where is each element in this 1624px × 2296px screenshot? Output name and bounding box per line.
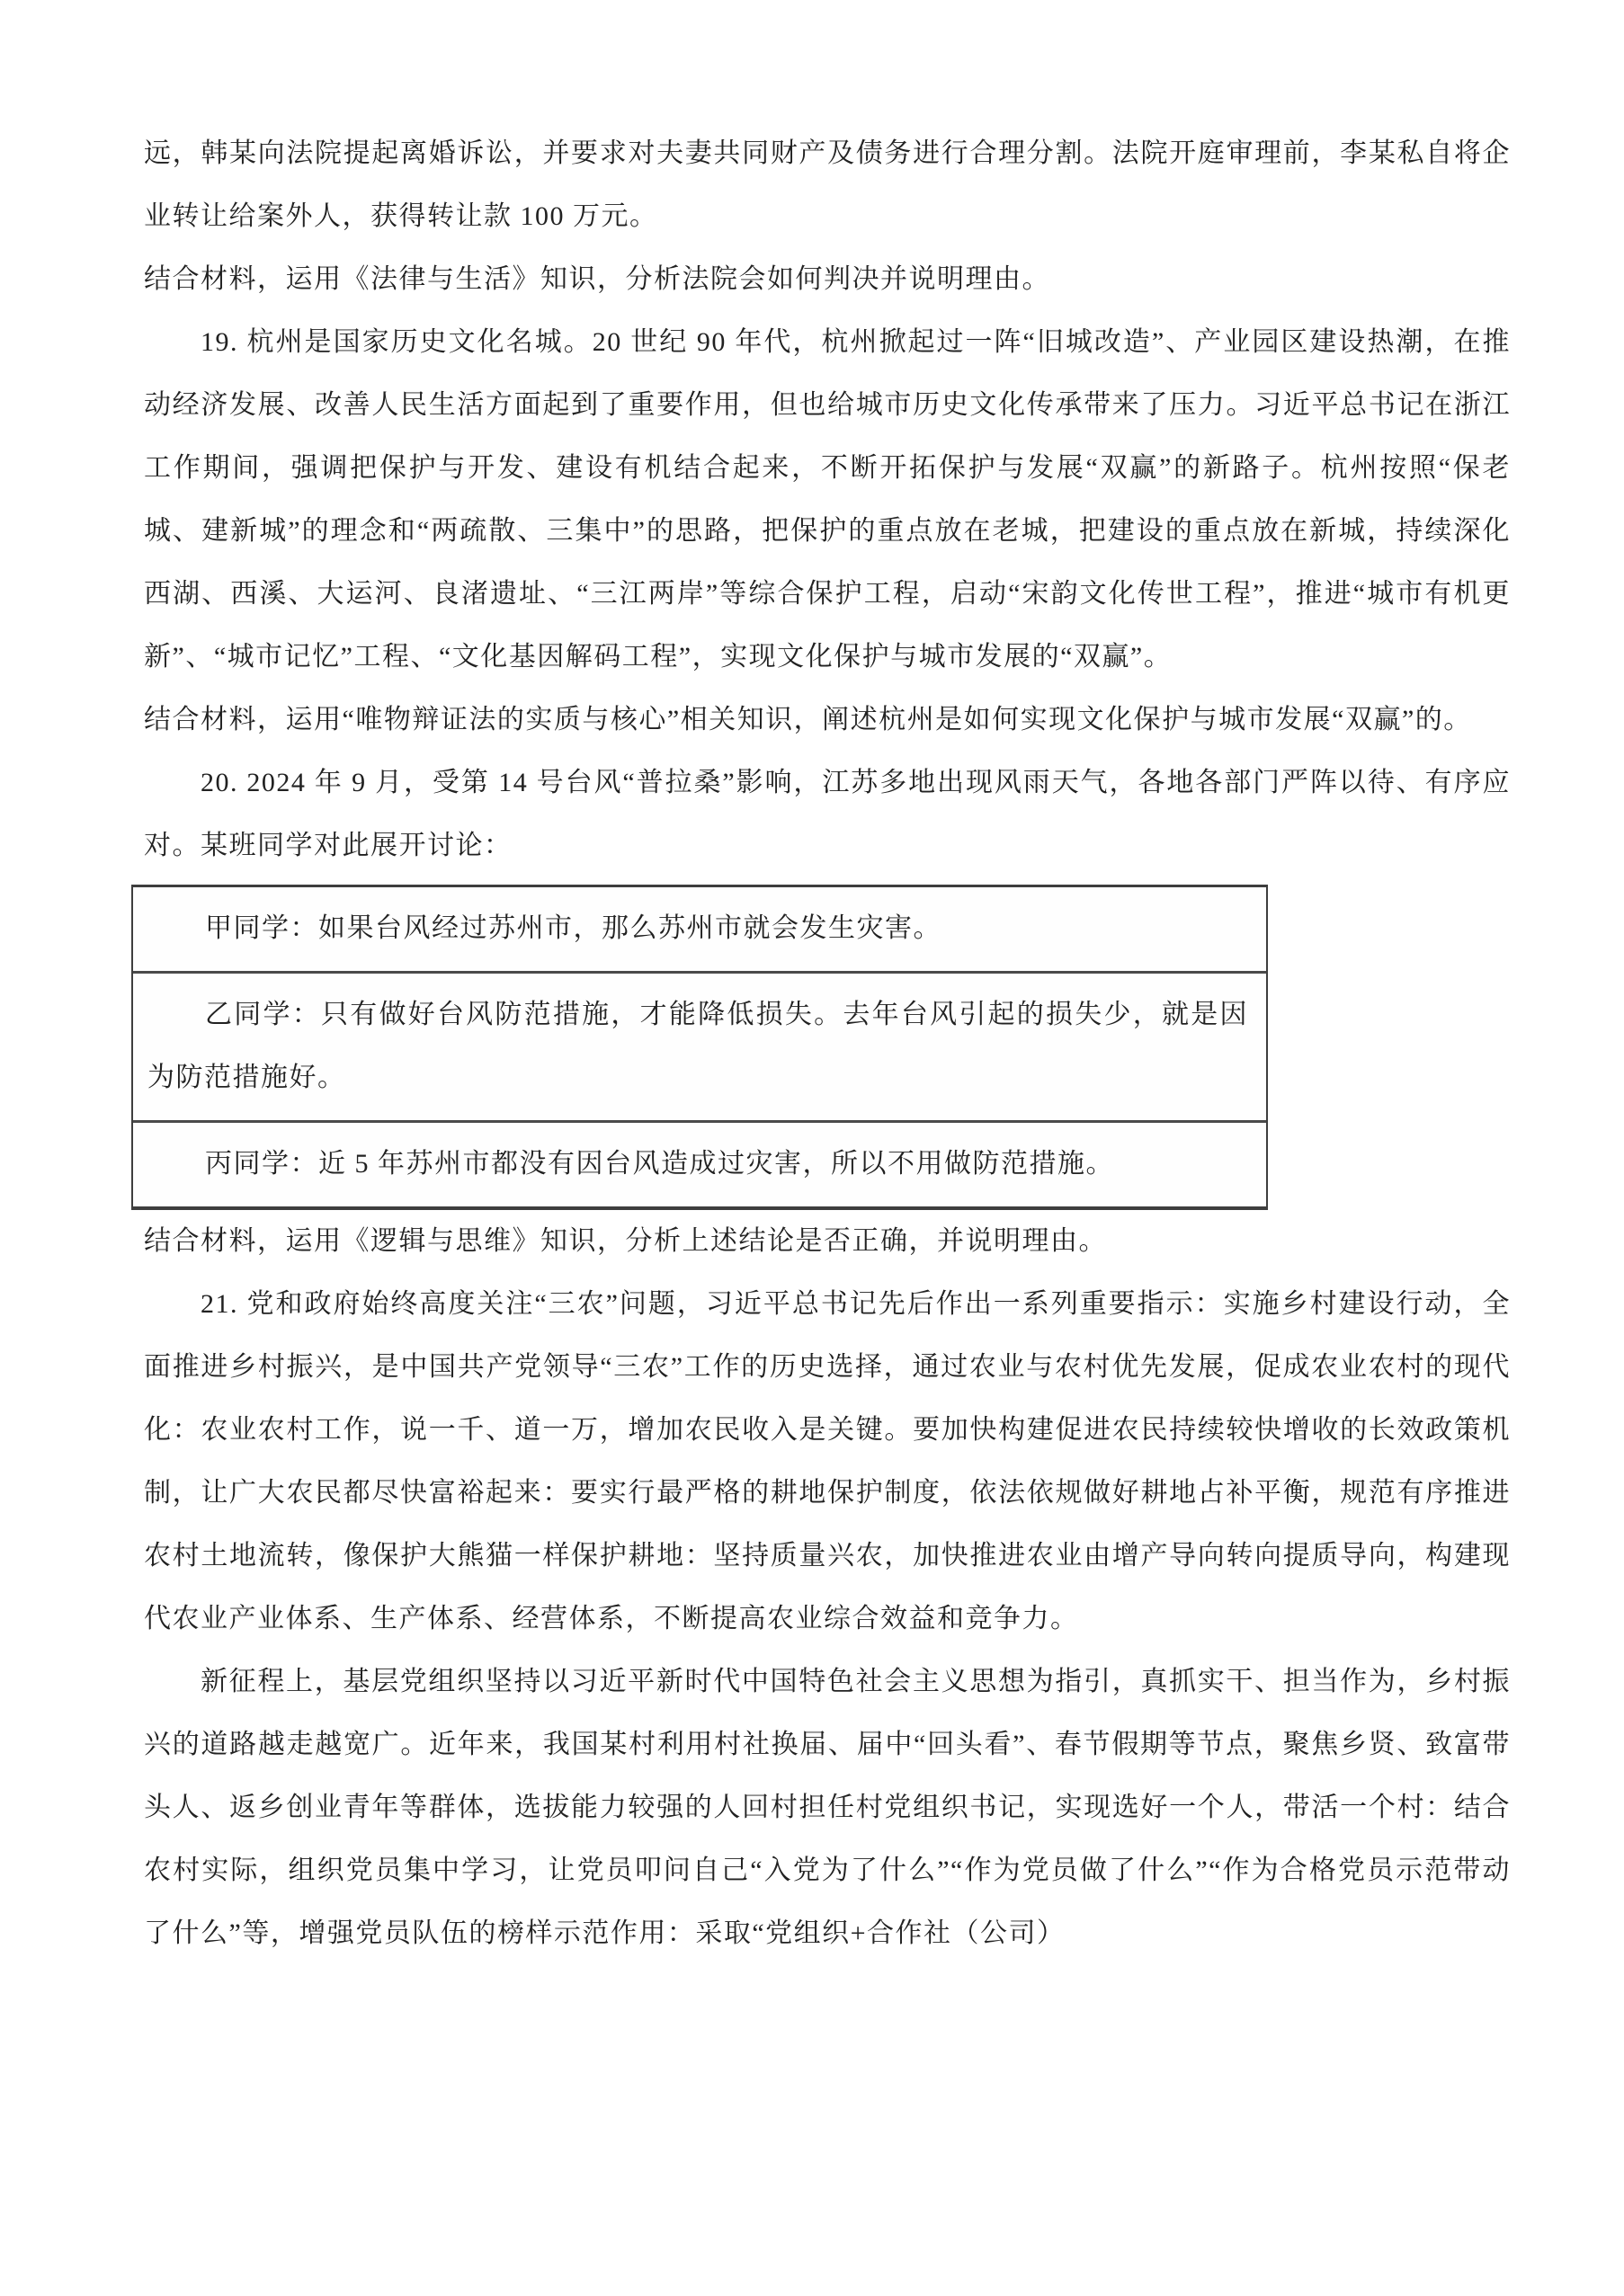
table-row-student-b: 乙同学：只有做好台风防范措施，才能降低损失。去年台风引起的损失少，就是因为防范措… (133, 971, 1266, 1120)
student-c-statement: 丙同学：近 5 年苏州市都没有因台风造成过灾害，所以不用做防范措施。 (147, 1133, 1248, 1196)
document-page: 远，韩某向法院提起离婚诉讼，并要求对夫妻共同财产及债务进行合理分割。法院开庭审理… (0, 0, 1624, 2296)
paragraph-q18-task: 结合材料，运用《法律与生活》知识，分析法院会如何判决并说明理由。 (144, 248, 1511, 311)
paragraph-q18-continuation: 远，韩某向法院提起离婚诉讼，并要求对夫妻共同财产及债务进行合理分割。法院开庭审理… (144, 122, 1511, 248)
table-row-student-c: 丙同学：近 5 年苏州市都没有因台风造成过灾害，所以不用做防范措施。 (133, 1120, 1266, 1206)
paragraph-q19-body: 19. 杭州是国家历史文化名城。20 世纪 90 年代，杭州掀起过一阵“旧城改造… (144, 311, 1511, 689)
paragraph-q19-task: 结合材料，运用“唯物辩证法的实质与核心”相关知识，阐述杭州是如何实现文化保护与城… (144, 689, 1511, 752)
table-row-student-a: 甲同学：如果台风经过苏州市，那么苏州市就会发生灾害。 (133, 887, 1266, 971)
paragraph-q21-body-2: 新征程上，基层党组织坚持以习近平新时代中国特色社会主义思想为指引，真抓实干、担当… (144, 1651, 1511, 1965)
paragraph-q20-intro: 20. 2024 年 9 月，受第 14 号台风“普拉桑”影响，江苏多地出现风雨… (144, 752, 1511, 877)
discussion-table: 甲同学：如果台风经过苏州市，那么苏州市就会发生灾害。 乙同学：只有做好台风防范措… (131, 885, 1268, 1210)
student-b-statement: 乙同学：只有做好台风防范措施，才能降低损失。去年台风引起的损失少，就是因为防范措… (147, 983, 1248, 1109)
student-a-statement: 甲同学：如果台风经过苏州市，那么苏州市就会发生灾害。 (147, 897, 1248, 960)
paragraph-q21-body-1: 21. 党和政府始终高度关注“三农”问题，习近平总书记先后作出一系列重要指示：实… (144, 1273, 1511, 1651)
paragraph-q20-task: 结合材料，运用《逻辑与思维》知识，分析上述结论是否正确，并说明理由。 (144, 1210, 1511, 1273)
